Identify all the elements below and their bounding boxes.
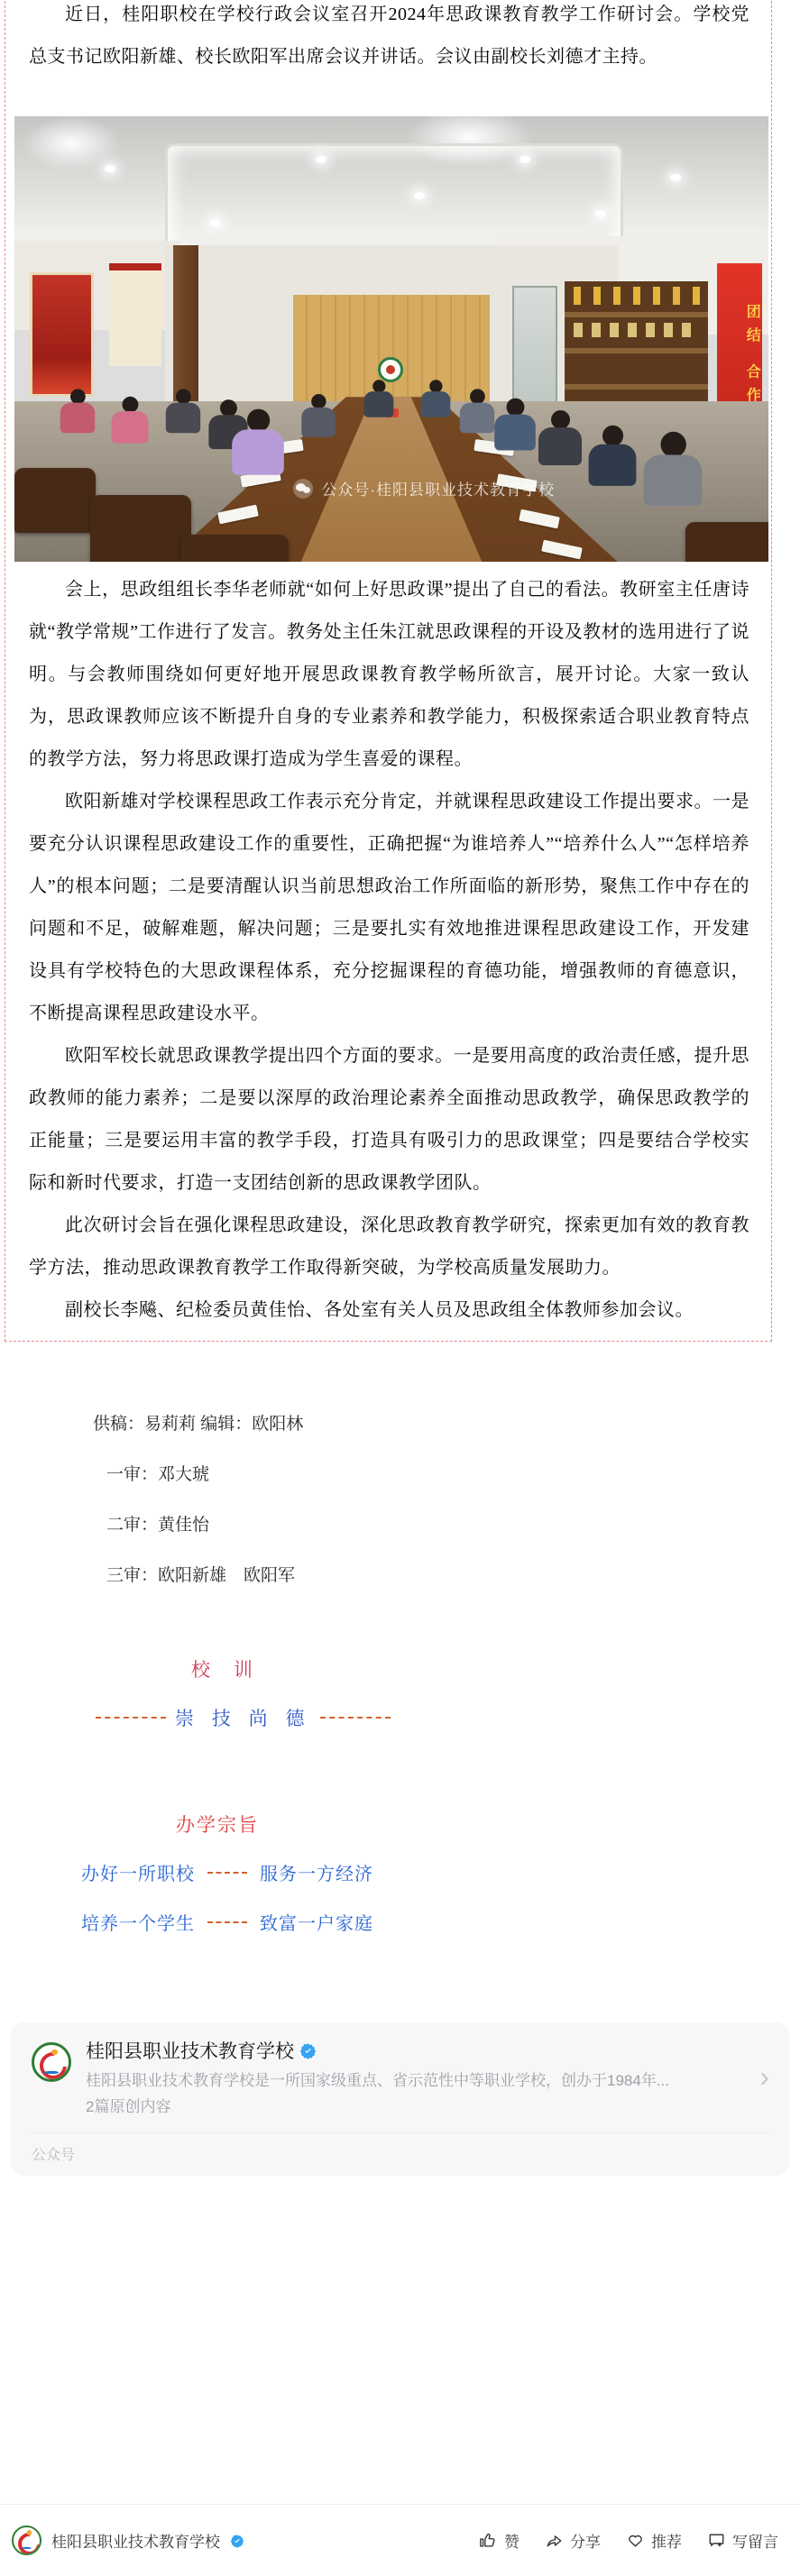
motto-text: 崇 技 尚 德 bbox=[175, 1704, 311, 1731]
mission-line-1: 办好一所职校 服务一方经济 bbox=[81, 1859, 373, 1885]
photo-person bbox=[228, 409, 289, 479]
paragraph-4: 欧阳军校长就思政课教学提出四个方面的要求。一是要用高度的政治责任感，提升思政教师… bbox=[29, 1035, 749, 1205]
share-icon bbox=[544, 2530, 565, 2551]
photo-person bbox=[418, 380, 453, 419]
card-divider bbox=[29, 2132, 771, 2133]
credit-second-review: 二审：黄佳怡 bbox=[93, 1500, 303, 1551]
photo-person bbox=[57, 390, 97, 435]
share-label: 分享 bbox=[570, 2529, 601, 2552]
account-card[interactable]: 桂阳县职业技术教育学校 桂阳县职业技术教育学校是一所国家级重点、省示范性中等职业… bbox=[11, 2022, 789, 2176]
ceiling-light bbox=[414, 192, 425, 199]
like-button[interactable]: 赞 bbox=[478, 2529, 520, 2552]
photo-chair bbox=[685, 522, 768, 562]
comment-button[interactable]: 写留言 bbox=[706, 2529, 778, 2552]
photo-chair bbox=[14, 468, 96, 533]
dashed-line bbox=[207, 1921, 247, 1923]
mission-2-left: 培养一个学生 bbox=[81, 1909, 195, 1935]
credit-contributor: 供稿：易莉莉 编辑：欧阳林 bbox=[93, 1399, 303, 1450]
article-page: 近日，桂阳职校在学校行政会议室召开2024年思政课教育教学工作研讨会。学校党总支… bbox=[0, 0, 800, 2576]
paragraph-5: 此次研讨会旨在强化课程思政建设，深化思政教育教学研究，探索更加有效的教育教学方法… bbox=[29, 1205, 749, 1289]
comment-label: 写留言 bbox=[732, 2529, 778, 2552]
account-name: 桂阳县职业技术教育学校 bbox=[86, 2037, 294, 2064]
photo-person bbox=[491, 399, 538, 454]
footer-bar: 桂阳县职业技术教育学校 赞 分享 推荐 写留言 bbox=[0, 2504, 800, 2576]
mission-title: 办学宗旨 bbox=[176, 1811, 259, 1838]
footer-account[interactable]: 桂阳县职业技术教育学校 bbox=[12, 2526, 244, 2555]
photo-left-poster bbox=[30, 272, 94, 397]
credit-first-review: 一审：邓大琥 bbox=[93, 1450, 303, 1500]
logo-yellow-dot bbox=[27, 2530, 32, 2535]
mission-1-right: 服务一方经济 bbox=[260, 1859, 373, 1885]
photo-chair bbox=[180, 535, 289, 562]
photo-person bbox=[362, 380, 396, 419]
dashed-line bbox=[96, 1717, 166, 1719]
account-description: 桂阳县职业技术教育学校是一所国家级重点、省示范性中等职业学校，创办于1984年.… bbox=[86, 2067, 717, 2090]
recommend-label: 推荐 bbox=[651, 2529, 682, 2552]
ceiling-light bbox=[595, 210, 606, 217]
footer-account-name: 桂阳县职业技术教育学校 bbox=[51, 2529, 220, 2552]
photo-person bbox=[639, 431, 707, 509]
heart-icon bbox=[625, 2530, 646, 2551]
photo-person bbox=[535, 410, 585, 468]
photo-person bbox=[162, 390, 203, 435]
ceiling-light bbox=[210, 219, 221, 226]
photo-watermark: 公众号·桂阳县职业技术教育学校 bbox=[293, 477, 555, 500]
credits-block: 供稿：易莉莉 编辑：欧阳林 一审：邓大琥 二审：黄佳怡 三审：欧阳新雄 欧阳军 bbox=[93, 1399, 303, 1601]
recommend-button[interactable]: 推荐 bbox=[625, 2529, 682, 2552]
school-logo bbox=[32, 2042, 71, 2082]
meeting-photo[interactable]: 2024年桂阳职校思政课教育教学工作研讨会 桂阳职业学校 团结 合作 创新 挑战 bbox=[14, 116, 768, 562]
logo-yellow-dot bbox=[51, 2049, 58, 2056]
motto-line: 崇 技 尚 德 bbox=[96, 1704, 391, 1731]
photo-person bbox=[109, 397, 152, 445]
share-button[interactable]: 分享 bbox=[544, 2529, 601, 2552]
like-label: 赞 bbox=[504, 2529, 520, 2552]
verified-badge-icon bbox=[299, 2042, 317, 2059]
photo-light-glow bbox=[22, 116, 121, 170]
mission-line-2: 培养一个学生 致富一户家庭 bbox=[81, 1909, 373, 1935]
comment-icon bbox=[706, 2530, 727, 2551]
photo-person bbox=[299, 394, 338, 439]
account-original-count: 2篇原创内容 bbox=[86, 2094, 170, 2116]
motto-title: 校 训 bbox=[191, 1655, 262, 1682]
photo-left-poster bbox=[109, 263, 162, 366]
photo-school-emblem bbox=[378, 357, 403, 382]
mission-1-left: 办好一所职校 bbox=[81, 1859, 195, 1885]
paragraph-6: 副校长李飚、纪检委员黄佳怡、各处室有关人员及思政组全体教师参加会议。 bbox=[29, 1289, 749, 1332]
credit-third-review: 三审：欧阳新雄 欧阳军 bbox=[93, 1551, 303, 1601]
photo-person bbox=[585, 426, 641, 489]
mission-2-right: 致富一户家庭 bbox=[260, 1909, 373, 1935]
dashed-line bbox=[207, 1872, 247, 1874]
footer-actions: 赞 分享 推荐 写留言 bbox=[478, 2529, 778, 2552]
account-type-label: 公众号 bbox=[32, 2143, 75, 2164]
thumbs-up-icon bbox=[478, 2530, 499, 2551]
dashed-line bbox=[320, 1717, 391, 1719]
article-body-border: 近日，桂阳职校在学校行政会议室召开2024年思政课教育教学工作研讨会。学校党总支… bbox=[5, 0, 772, 1342]
account-card-title-row: 桂阳县职业技术教育学校 bbox=[86, 2037, 317, 2064]
school-logo bbox=[12, 2526, 41, 2555]
photo-watermark-text: 公众号·桂阳县职业技术教育学校 bbox=[321, 477, 555, 500]
paragraph-1: 近日，桂阳职校在学校行政会议室召开2024年思政课教育教学工作研讨会。学校党总支… bbox=[29, 0, 749, 78]
wechat-icon bbox=[293, 479, 313, 499]
paragraph-2: 会上，思政组组长李华老师就“如何上好思政课”提出了自己的看法。教研室主任唐诗就“… bbox=[29, 569, 749, 781]
logo-blue-swash bbox=[44, 2071, 58, 2074]
paragraph-3: 欧阳新雄对学校课程思政工作表示充分肯定，并就课程思政建设工作提出要求。一是要充分… bbox=[29, 781, 749, 1035]
verified-badge-icon bbox=[230, 2534, 244, 2548]
chevron-right-icon: › bbox=[759, 2062, 769, 2091]
photo-chair bbox=[90, 495, 191, 562]
